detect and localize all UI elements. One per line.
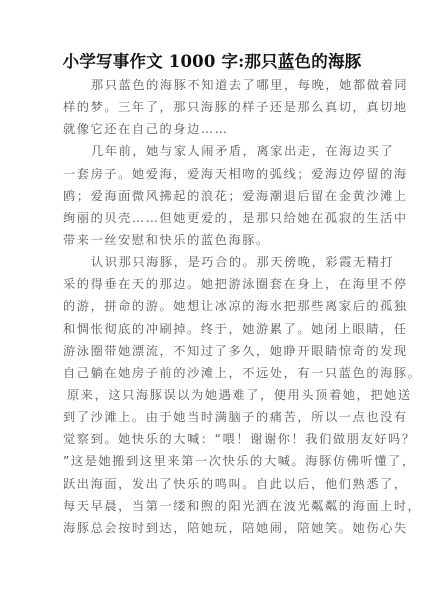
document-page: 小学写事作文 1000 字:那只蓝色的海豚 那只蓝色的海豚不知道去了哪里，每晚，… <box>0 0 424 600</box>
paragraph-2-line: 带来一丝安慰和快乐的蓝色海豚。 <box>63 229 359 251</box>
title-prefix: 小学写事作文 1000 字:那只 <box>63 52 278 71</box>
paragraph-2-line: 几年前，她与家人闹矛盾，离家出走，在海边买了 <box>63 140 359 162</box>
paragraph-2-line: 绚丽的贝壳……但她更爱的，是那只给她在孤寂的生活中 <box>63 207 359 229</box>
title-highlight: 蓝 <box>278 52 295 71</box>
paragraph-1-line: 样的梦。三年了，那只海豚的样子还是那么真切，真切地 <box>63 96 359 118</box>
paragraph-1-line: 那只蓝色的海豚不知道去了哪里，每晚，她都做着同 <box>63 74 359 96</box>
paragraph-3-line: 自己躺在她房子前的沙滩上，不远处，有一只蓝色的海豚。 <box>63 362 359 384</box>
paragraph-4-line: 觉察到。她快乐的大喊：“喂！谢谢你！我们做朋友好吗？ <box>63 428 359 450</box>
paragraph-3-line: 和惆怅彻底的冲刷掉。终于，她游累了。她闭上眼睛，任 <box>63 318 359 340</box>
paragraph-3-line: 认识那只海豚，是巧合的。那天傍晚，彩霞无精打 <box>63 251 359 273</box>
paragraph-3-line: 采的得垂在天的那边。她把游泳圈套在身上，在海里不停 <box>63 273 359 295</box>
paragraph-1-line: 就像它还在自己的身边…… <box>63 118 359 140</box>
paragraph-4-line: 跃出海面，发出了快乐的鸣叫。自此以后，他们熟悉了， <box>63 473 359 495</box>
paragraph-4-line: ”这是她搬到这里来第一次快乐的大喊。海豚仿佛听懂了， <box>63 450 359 472</box>
paragraph-3-line: 游泳圈带她漂流，不知过了多久，她睁开眼睛惊奇的发现 <box>63 340 359 362</box>
paragraph-2-line: 鸥；爱海面微风拂起的浪花；爱海潮退后留在金黄沙滩上 <box>63 185 359 207</box>
paragraph-4-line: 每天早晨，当第一缕和煦的阳光洒在波光粼粼的海面上时， <box>63 495 359 517</box>
title-suffix: 色的海豚 <box>295 52 362 71</box>
paragraph-4-line: 原来，这只海豚误以为她遇难了，便用头顶着她，把她送 <box>63 384 359 406</box>
paragraph-4-line: 海豚总会按时到达，陪她玩，陪她闹，陪她笑。她伤心失 <box>63 517 359 539</box>
article-title: 小学写事作文 1000 字:那只蓝色的海豚 <box>0 50 424 74</box>
paragraph-3-line: 的游，拼命的游。她想让冰凉的海水把那些离家后的孤独 <box>63 295 359 317</box>
article-body: 那只蓝色的海豚不知道去了哪里，每晚，她都做着同 样的梦。三年了，那只海豚的样子还… <box>63 74 359 539</box>
paragraph-2-line: 一套房子。她爱海，爱海天相吻的弧线；爱海边停留的海 <box>63 163 359 185</box>
paragraph-4-line: 到了沙滩上。由于她当时满脑子的痛苦，所以一点也没有 <box>63 406 359 428</box>
